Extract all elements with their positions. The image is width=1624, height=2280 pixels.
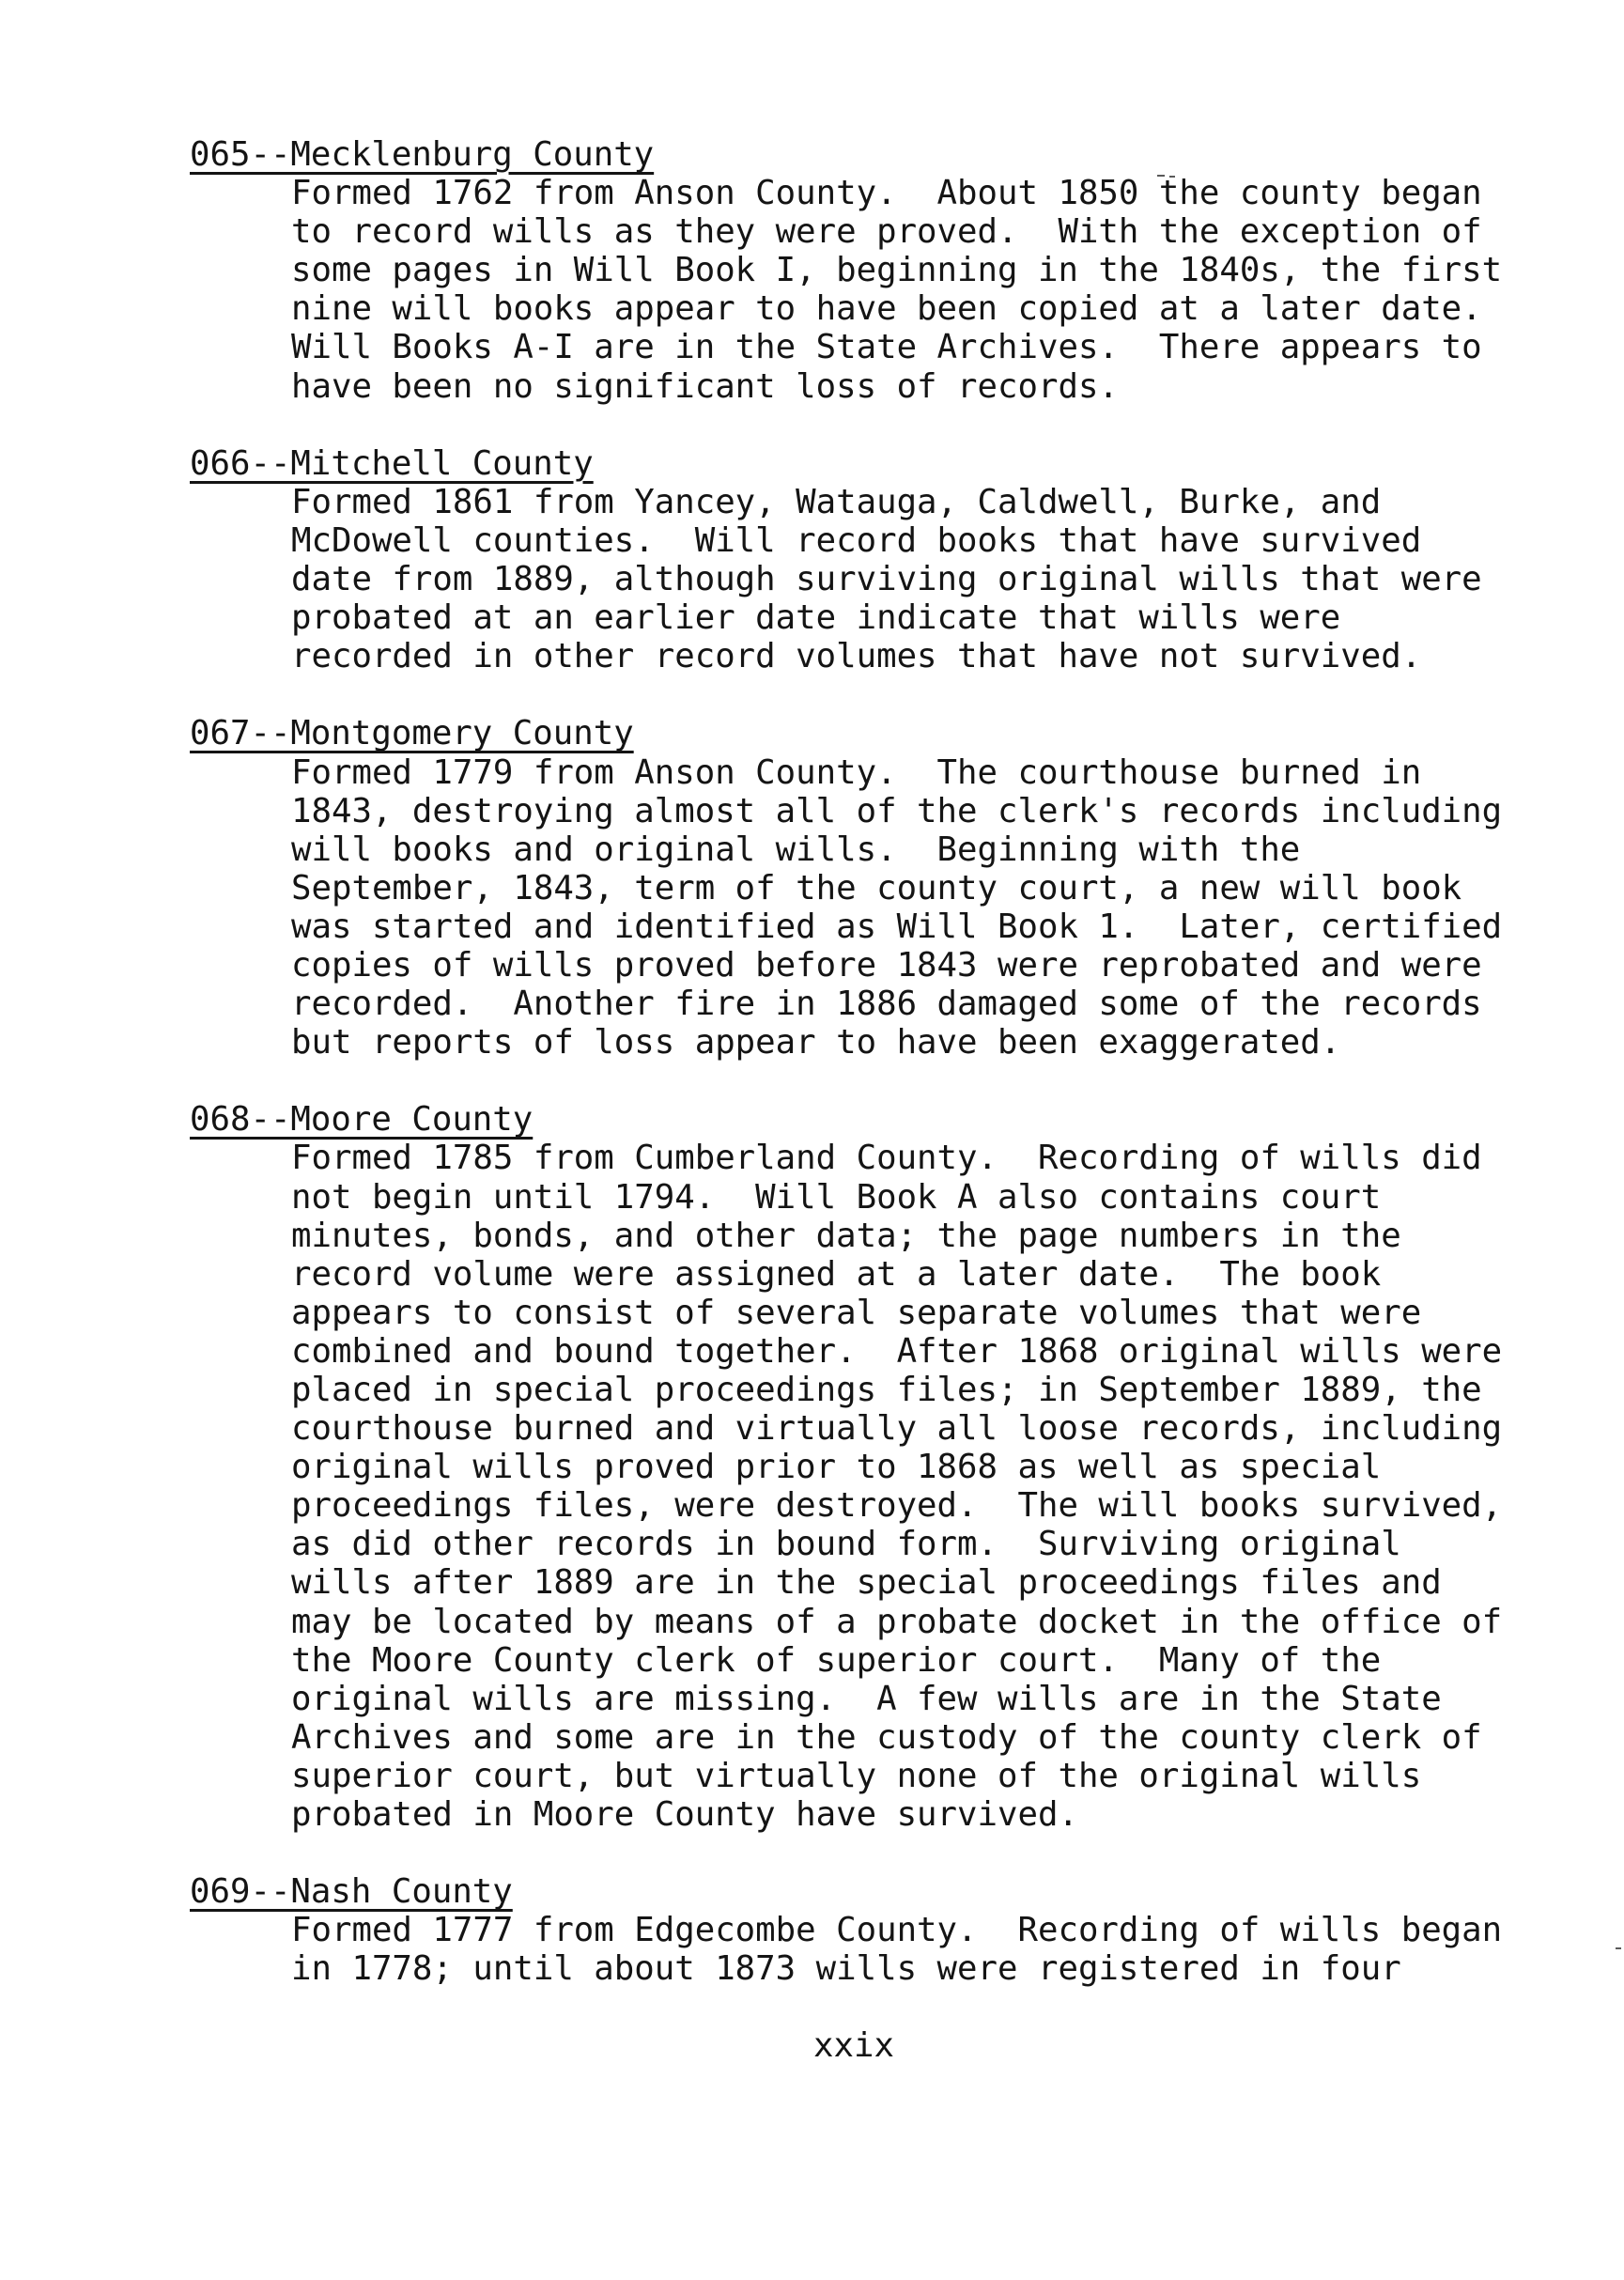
entry-text-line: courthouse burned and virtually all loos…	[0, 1409, 1624, 1448]
entry-text-line: probated in Moore County have survived.	[0, 1795, 1624, 1834]
entry-text-line: have been no significant loss of records…	[0, 367, 1624, 406]
scan-speck	[1157, 175, 1165, 177]
entry-text-line: Will Books A-I are in the State Archives…	[0, 328, 1624, 366]
entry-text-line: recorded. Another fire in 1886 damaged s…	[0, 985, 1624, 1023]
scan-speck	[1616, 1947, 1621, 1949]
entry-text-line: but reports of loss appear to have been …	[0, 1023, 1624, 1062]
entry-text-line: as did other records in bound form. Surv…	[0, 1525, 1624, 1563]
entry-text-line: wills after 1889 are in the special proc…	[0, 1563, 1624, 1602]
entry-text-line: appears to consist of several separate v…	[0, 1294, 1624, 1332]
entry-text-line: was started and identified as Will Book …	[0, 907, 1624, 946]
entry-text-line: will books and original wills. Beginning…	[0, 830, 1624, 869]
entry-text-line: September, 1843, term of the county cour…	[0, 869, 1624, 907]
county-heading-text: 066--Mitchell County	[190, 444, 594, 483]
entry-text-line: Archives and some are in the custody of …	[0, 1718, 1624, 1757]
entry-text-line: McDowell counties. Will record books tha…	[0, 521, 1624, 560]
county-entry: 069--Nash County Formed 1777 from Edgeco…	[0, 1872, 1624, 1988]
entry-text-line: Formed 1779 from Anson County. The court…	[0, 753, 1624, 792]
entry-text-line: date from 1889, although surviving origi…	[0, 560, 1624, 598]
document-page: 065--Mecklenburg County Formed 1762 from…	[0, 0, 1624, 2280]
county-entry: 068--Moore County Formed 1785 from Cumbe…	[0, 1100, 1624, 1834]
entry-text-line: recorded in other record volumes that ha…	[0, 637, 1624, 675]
entry-text-line: superior court, but virtually none of th…	[0, 1757, 1624, 1795]
county-entry: 065--Mecklenburg County Formed 1762 from…	[0, 135, 1624, 406]
county-heading: 069--Nash County	[0, 1872, 1624, 1911]
entry-text-line: record volume were assigned at a later d…	[0, 1255, 1624, 1294]
scan-speck	[1169, 176, 1175, 178]
entry-text-line: 1843, destroying almost all of the clerk…	[0, 792, 1624, 830]
entry-text-line: to record wills as they were proved. Wit…	[0, 212, 1624, 251]
entry-text-line: copies of wills proved before 1843 were …	[0, 946, 1624, 985]
county-heading-text: 067--Montgomery County	[190, 714, 634, 752]
entry-text-line: minutes, bonds, and other data; the page…	[0, 1217, 1624, 1255]
page-number: xxix	[813, 2026, 894, 2065]
entry-text-line: placed in special proceedings files; in …	[0, 1371, 1624, 1409]
county-heading-text: 068--Moore County	[190, 1100, 533, 1139]
entry-text-line: combined and bound together. After 1868 …	[0, 1332, 1624, 1371]
entry-text-line: in 1778; until about 1873 wills were reg…	[0, 1949, 1624, 1988]
entry-text-line: Formed 1777 from Edgecombe County. Recor…	[0, 1911, 1624, 1949]
entry-text-line: Formed 1762 from Anson County. About 185…	[0, 174, 1624, 212]
county-heading: 065--Mecklenburg County	[0, 135, 1624, 174]
county-heading-text: 069--Nash County	[190, 1872, 513, 1911]
county-heading: 066--Mitchell County	[0, 444, 1624, 483]
entry-text-line: some pages in Will Book I, beginning in …	[0, 251, 1624, 289]
county-entry: 066--Mitchell County Formed 1861 from Ya…	[0, 444, 1624, 676]
entry-text-line: original wills are missing. A few wills …	[0, 1680, 1624, 1718]
entry-text-line: nine will books appear to have been copi…	[0, 289, 1624, 328]
entry-text-line: may be located by means of a probate doc…	[0, 1603, 1624, 1641]
entry-text-line: not begin until 1794. Will Book A also c…	[0, 1178, 1624, 1217]
entry-text-line: original wills proved prior to 1868 as w…	[0, 1448, 1624, 1486]
county-entry: 067--Montgomery County Formed 1779 from …	[0, 714, 1624, 1062]
entry-text-line: the Moore County clerk of superior court…	[0, 1641, 1624, 1680]
entry-text-line: proceedings files, were destroyed. The w…	[0, 1486, 1624, 1525]
document-body: 065--Mecklenburg County Formed 1762 from…	[0, 135, 1624, 2027]
entry-text-line: Formed 1861 from Yancey, Watauga, Caldwe…	[0, 483, 1624, 521]
entry-text-line: Formed 1785 from Cumberland County. Reco…	[0, 1139, 1624, 1177]
county-heading: 067--Montgomery County	[0, 714, 1624, 752]
county-heading-text: 065--Mecklenburg County	[190, 135, 654, 174]
county-heading: 068--Moore County	[0, 1100, 1624, 1139]
entry-text-line: probated at an earlier date indicate tha…	[0, 598, 1624, 637]
